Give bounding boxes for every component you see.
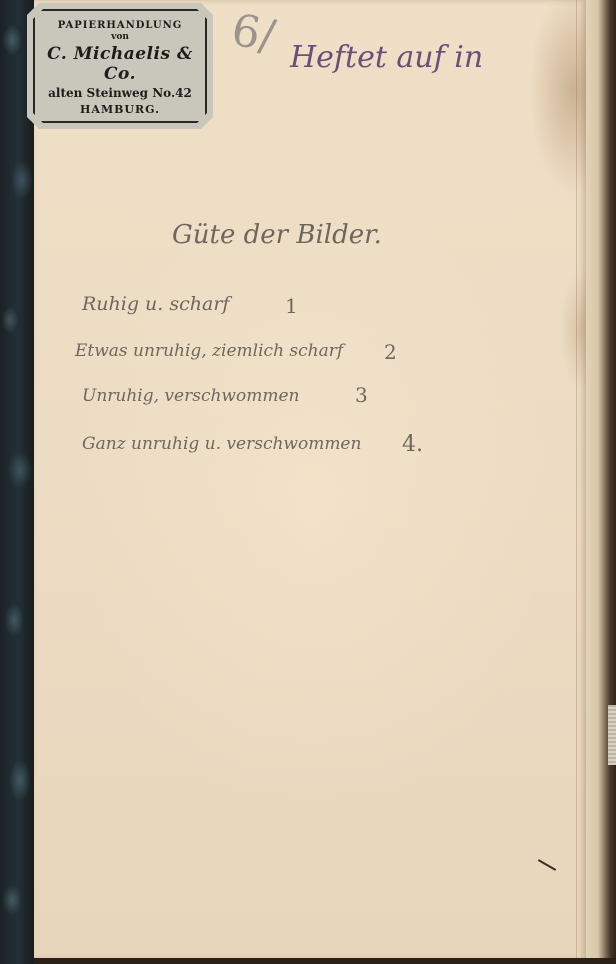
label-shop-type: PAPIERHANDLUNG xyxy=(58,20,183,31)
key-row-value: 4. xyxy=(402,432,423,457)
key-row-label: Ganz unruhig u. verschwommen xyxy=(82,434,361,454)
label-address: alten Steinweg No.42 xyxy=(48,86,192,100)
label-von: von xyxy=(111,32,129,42)
key-row-label: Unruhig, verschwommen xyxy=(82,386,299,406)
key-row-value: 1 xyxy=(285,294,298,318)
ink-note: Heftet auf in xyxy=(290,40,483,75)
binding-tab xyxy=(608,705,616,765)
page-edge xyxy=(586,0,616,964)
label-shop-name: C. Michaelis & Co. xyxy=(35,44,205,84)
shelf-mark: 6/ xyxy=(228,5,279,63)
book-spine-marbled xyxy=(0,0,36,964)
key-row-value: 2 xyxy=(384,340,397,364)
key-row-value: 3 xyxy=(355,383,368,407)
stationer-label-frame: PAPIERHANDLUNG von C. Michaelis & Co. al… xyxy=(33,9,207,123)
key-title: Güte der Bilder. xyxy=(172,220,382,250)
bottom-edge xyxy=(34,958,616,964)
fold-line xyxy=(576,0,577,960)
key-row-label: Ruhig u. scharf xyxy=(82,293,229,315)
key-row-label: Etwas unruhig, ziemlich scharf xyxy=(75,341,343,361)
label-city: HAMBURG. xyxy=(80,103,160,116)
inside-cover-page xyxy=(34,0,586,960)
